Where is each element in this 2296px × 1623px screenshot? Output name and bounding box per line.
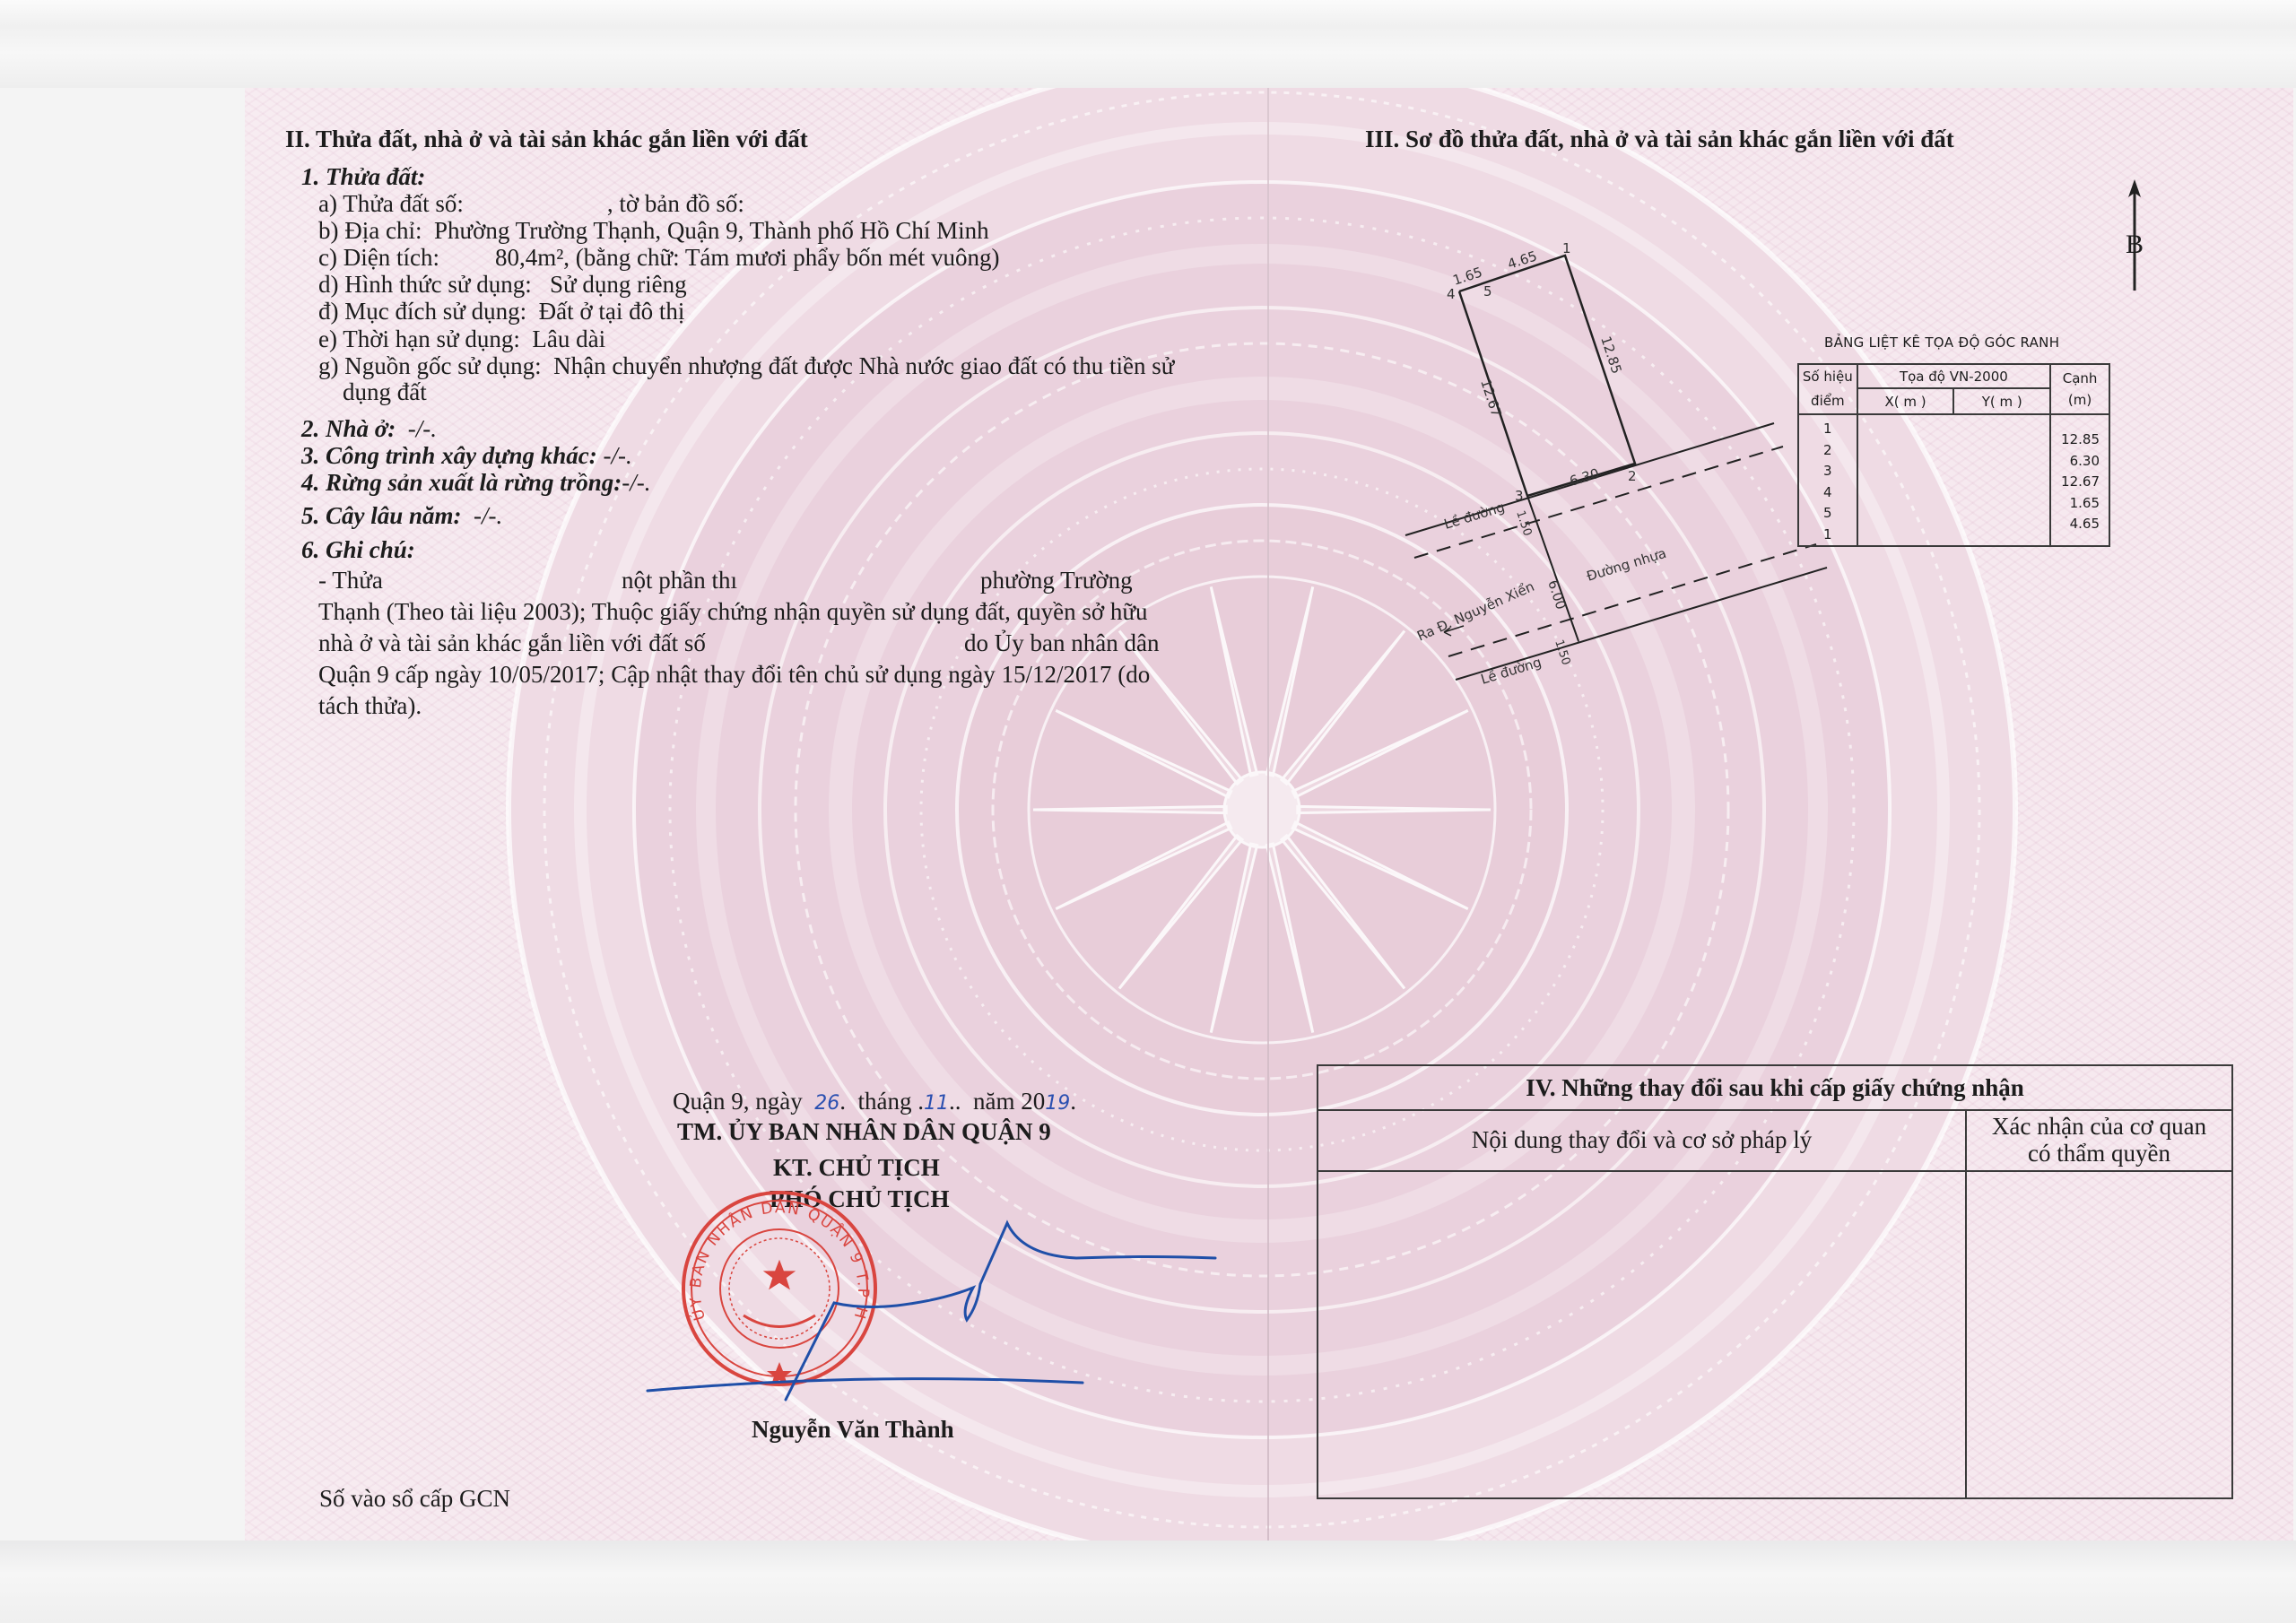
section-iii-title: III. Sơ đồ thửa đất, nhà ở và tài sản kh… bbox=[1365, 126, 1954, 152]
parcel-number-row: a) Thửa đất số:, tờ bản đồ số: bbox=[318, 190, 744, 217]
svg-text:2: 2 bbox=[1628, 468, 1637, 484]
changes-content-cell bbox=[1318, 1172, 1965, 1497]
perennial-value: -/-. bbox=[474, 502, 502, 529]
edge-length: 1.65 bbox=[2051, 493, 2100, 515]
point-id: 2 bbox=[1799, 440, 1857, 462]
origin-value: Nhận chuyển nhượng đất được Nhà nước gia… bbox=[553, 352, 1174, 379]
edge-length: 12.85 bbox=[2051, 430, 2100, 451]
date-year-label: năm 20 bbox=[973, 1088, 1045, 1115]
svg-text:5: 5 bbox=[1483, 283, 1492, 299]
parcel-sketch: 1 2 3 4 5 4.65 1.65 12.85 12.67 6.30 Lề … bbox=[1390, 224, 1857, 708]
house-label: 2. Nhà ở: bbox=[301, 415, 396, 442]
perennial-label: 5. Cây lâu năm: bbox=[301, 502, 462, 529]
svg-text:3: 3 bbox=[1515, 488, 1524, 504]
edge-length: 4.65 bbox=[2051, 514, 2100, 535]
note-line-5: tách thửa). bbox=[318, 692, 422, 719]
other-construction-row: 3. Công trình xây dựng khác: -/-. bbox=[301, 442, 632, 469]
address-value: Phường Trường Thạnh, Quận 9, Thành phố H… bbox=[434, 217, 989, 244]
date-day: 26 bbox=[814, 1092, 839, 1115]
col-y: Y( m ) bbox=[1953, 388, 2050, 414]
use-form-label: d) Hình thức sử dụng: bbox=[318, 271, 532, 298]
svg-text:12.67: 12.67 bbox=[1477, 378, 1504, 419]
note-line-3b: do Ủy ban nhân dân bbox=[964, 629, 1159, 656]
svg-text:6.00: 6.00 bbox=[1544, 578, 1569, 612]
changes-table: IV. Những thay đổi sau khi cấp giấy chứn… bbox=[1317, 1064, 2233, 1499]
col-edge: Cạnh (m) bbox=[2050, 364, 2109, 414]
house-value: -/-. bbox=[408, 415, 437, 442]
note-line-4: Quận 9 cấp ngày 10/05/2017; Cập nhật tha… bbox=[318, 661, 1150, 688]
col-coord-group: Tọa độ VN-2000 bbox=[1857, 364, 2051, 388]
notes-heading: 6. Ghi chú: bbox=[301, 536, 415, 563]
use-term-value: Lâu dài bbox=[532, 325, 605, 352]
note-line-1c: phường Trường bbox=[980, 567, 1133, 594]
scan-bottom-margin bbox=[0, 1541, 2296, 1623]
svg-text:1: 1 bbox=[1562, 240, 1571, 256]
col-point: Số hiệu điểm bbox=[1798, 364, 1857, 414]
edge-values: 12.856.3012.671.654.65 bbox=[2050, 414, 2109, 546]
forest-value: -/-. bbox=[622, 469, 650, 496]
scan-top-margin bbox=[0, 0, 2296, 88]
svg-text:1.50: 1.50 bbox=[1513, 509, 1534, 538]
point-id: 5 bbox=[1799, 503, 1857, 525]
origin-value-continued: dụng đất bbox=[343, 378, 427, 405]
date-year-suffix: 19 bbox=[1045, 1092, 1070, 1115]
svg-text:4.65: 4.65 bbox=[1506, 247, 1539, 272]
use-purpose-value: Đất ở tại đô thị bbox=[539, 298, 685, 325]
registry-number-label: Số vào sổ cấp GCN bbox=[319, 1485, 510, 1512]
edge-length: 12.67 bbox=[2051, 472, 2100, 493]
date-prefix: Quận 9, ngày bbox=[673, 1088, 803, 1115]
coordinate-table: Số hiệu điểm Tọa độ VN-2000 Cạnh (m) X( … bbox=[1797, 363, 2110, 547]
svg-text:Lề đường: Lề đường bbox=[1479, 654, 1544, 688]
signer-name: Nguyễn Văn Thành bbox=[752, 1416, 954, 1443]
use-purpose-label: đ) Mục đích sử dụng: bbox=[318, 298, 526, 325]
date-month: 11 bbox=[924, 1092, 949, 1115]
note-line-3a: nhà ở và tài sản khác gắn liền với đất s… bbox=[318, 629, 706, 656]
issue-date-line: Quận 9, ngày 26. tháng .11.. năm 2019. bbox=[673, 1088, 1076, 1117]
stamp-and-signature: ỦY BAN NHÂN DÂN QUẬN 9 T.P HỒ CHÍ MINH bbox=[628, 1130, 1274, 1417]
y-values bbox=[1953, 414, 2050, 546]
forest-label: 4. Rừng sản xuất là rừng trồng: bbox=[301, 469, 622, 496]
area-row: c) Diện tích:80,4m², (bằng chữ: Tám mươi… bbox=[318, 244, 1000, 271]
other-construction-value: -/-. bbox=[604, 442, 632, 469]
svg-text:6.30: 6.30 bbox=[1568, 465, 1601, 490]
changes-col-content: Nội dung thay đổi và cơ sở pháp lý bbox=[1472, 1126, 1813, 1153]
other-construction-label: 3. Công trình xây dựng khác: bbox=[301, 442, 597, 469]
date-month-label: tháng bbox=[857, 1088, 911, 1115]
point-ids: 123451 bbox=[1798, 414, 1857, 546]
point-id: 1 bbox=[1799, 525, 1857, 546]
x-values bbox=[1857, 414, 1954, 546]
changes-col-authority: Xác nhận của cơ quancó thẩm quyền bbox=[1967, 1109, 2231, 1170]
use-term-label: e) Thời hạn sử dụng: bbox=[318, 325, 520, 352]
point-id: 4 bbox=[1799, 482, 1857, 504]
parcel-heading: 1. Thửa đất: bbox=[301, 163, 425, 190]
col-x: X( m ) bbox=[1857, 388, 1954, 414]
house-row: 2. Nhà ở: -/-. bbox=[301, 415, 437, 442]
origin-row: g) Nguồn gốc sử dụng: Nhận chuyển nhượng… bbox=[318, 352, 1174, 379]
area-label: c) Diện tích: bbox=[318, 244, 439, 271]
svg-text:12.85: 12.85 bbox=[1597, 334, 1624, 376]
official-stamp: ỦY BAN NHÂN DÂN QUẬN 9 T.P HỒ CHÍ MINH bbox=[683, 1193, 875, 1385]
address-row: b) Địa chỉ: Phường Trường Thạnh, Quận 9,… bbox=[318, 217, 989, 244]
parcel-number-label: a) Thửa đất số: bbox=[318, 190, 464, 217]
svg-text:1.50: 1.50 bbox=[1552, 638, 1572, 667]
svg-text:Đường nhựa: Đường nhựa bbox=[1585, 545, 1668, 585]
changes-title: IV. Những thay đổi sau khi cấp giấy chứn… bbox=[1526, 1074, 2024, 1101]
point-id: 3 bbox=[1799, 461, 1857, 482]
note-line-1a: - Thửa bbox=[318, 567, 383, 594]
use-term-row: e) Thời hạn sử dụng: Lâu dài bbox=[318, 325, 605, 352]
note-line-1b: nột phần thı bbox=[622, 567, 737, 594]
point-id: 1 bbox=[1799, 419, 1857, 440]
north-label: B bbox=[2126, 230, 2144, 260]
use-form-row: d) Hình thức sử dụng: Sử dụng riêng bbox=[318, 271, 687, 298]
origin-label: g) Nguồn gốc sử dụng: bbox=[318, 352, 542, 379]
use-form-value: Sử dụng riêng bbox=[550, 271, 687, 298]
map-sheet-label: , tờ bản đồ số: bbox=[607, 190, 744, 217]
coord-table-title: BẢNG LIỆT KÊ TỌA ĐỘ GÓC RANH bbox=[1824, 334, 2059, 351]
area-value: 80,4m², (bằng chữ: Tám mươi phẩy bốn mét… bbox=[495, 244, 1000, 271]
svg-text:4: 4 bbox=[1447, 286, 1456, 302]
perennial-row: 5. Cây lâu năm: -/-. bbox=[301, 502, 502, 529]
changes-authority-cell bbox=[1967, 1172, 2231, 1497]
edge-length: 6.30 bbox=[2051, 451, 2100, 473]
svg-text:Lề đường: Lề đường bbox=[1442, 499, 1507, 533]
use-purpose-row: đ) Mục đích sử dụng: Đất ở tại đô thị bbox=[318, 298, 684, 325]
note-line-2: Thạnh (Theo tài liệu 2003); Thuộc giấy c… bbox=[318, 598, 1148, 625]
section-ii-title: II. Thửa đất, nhà ở và tài sản khác gắn … bbox=[285, 126, 808, 152]
address-label: b) Địa chỉ: bbox=[318, 217, 422, 244]
forest-row: 4. Rừng sản xuất là rừng trồng:-/-. bbox=[301, 469, 650, 496]
